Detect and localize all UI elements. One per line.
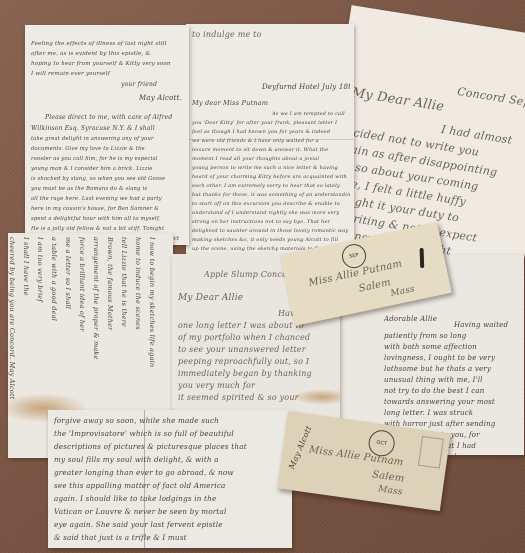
- letter-line: lothsome but he thats a very: [384, 365, 520, 373]
- letter-line: take great delight in answering any of y…: [31, 136, 185, 142]
- letter-line: you very much for: [178, 381, 336, 390]
- letter-line: I am too very brief: [36, 237, 44, 399]
- letter-line: we were old friends & I have only waited…: [192, 138, 350, 144]
- letter-line: eye again. She said your last fervent ep…: [54, 520, 288, 529]
- letter-line: cheered by being you are Concord. May Al…: [8, 237, 16, 399]
- letter-line: force a brilliant idea of her: [78, 237, 86, 399]
- letter-line: all the rage here. Last evening we had a…: [31, 196, 185, 202]
- stamp-outline: [418, 436, 444, 469]
- letter-dateline: Deyfurnd Hotel July 18th: [262, 83, 350, 91]
- letter-line: to start off on this excursion you descr…: [192, 201, 350, 207]
- letter-line: unusual thing with me, I'll: [384, 376, 520, 384]
- letter-line: documents. Give my love to Lizzie & the: [31, 146, 185, 152]
- letter-line: to indulge me to: [192, 30, 350, 39]
- letter-line: rooster as you call him, for he is my es…: [31, 156, 185, 162]
- letter-line: it seemed spirited & so your: [178, 393, 336, 402]
- letter-line: you 'Dear Kitty' for after your frank, p…: [192, 120, 350, 126]
- letter-line: I shall I have the: [22, 237, 30, 399]
- postmark-month: SEP: [349, 252, 359, 260]
- letter-line: descriptions of pictures & picturesque p…: [54, 442, 288, 451]
- letter-line: moment I read all your thoughts about a …: [192, 156, 350, 162]
- letter-line: understand of I understand rightly she w…: [192, 210, 350, 216]
- letter-closing: your friend: [121, 81, 185, 88]
- letter-line: me a letter so I shall: [64, 237, 72, 399]
- letter-line: delighted to saunter around in those lov…: [192, 228, 350, 234]
- letter-line: making sketches &c, it only needs young …: [192, 237, 350, 243]
- letter-line: spent a delightful hour with him all to …: [31, 216, 185, 222]
- envelope-state: Mass: [390, 284, 416, 299]
- letter-line: not try to do the best I can: [384, 387, 520, 395]
- letter-line: Feeling the effects of illness of last n…: [31, 41, 185, 47]
- letter-line: Brown, the famous Mother: [106, 237, 114, 399]
- letter-line: of my portfolio when I chanced: [178, 333, 336, 342]
- letter-line: a table with a good deal: [50, 237, 58, 399]
- letter-line: immediately began by thanking: [178, 369, 336, 378]
- letter-top-center: to indulge me to Deyfurnd Hotel July 18t…: [186, 24, 354, 254]
- letter-line: I now to begin my sketches life again: [148, 237, 156, 399]
- postmark-month: OCT: [376, 440, 387, 447]
- letter-line: here in my cousin's house, for Ben Sumne…: [31, 206, 185, 212]
- letter-line: young man & I consider him a brick. Lizz…: [31, 166, 185, 172]
- letter-line: Wilkinson Esq. Syracuse N.Y. & I shall: [31, 125, 185, 132]
- letter-line: with both some affection: [384, 343, 520, 351]
- envelope-city: Salem: [371, 469, 405, 484]
- letter-line: but thanks for these, it was something o…: [192, 192, 350, 198]
- letter-line: the 'Improvisatore' which is so full of …: [54, 429, 288, 438]
- letter-line: long letter. I was struck: [384, 409, 520, 417]
- letter-line: Vatican or Louvre & never be seen by mor…: [54, 507, 288, 516]
- letter-line: Having waited: [454, 321, 520, 329]
- envelope-state: Mass: [378, 484, 404, 497]
- letter-line: greater longing than ever to go abroad, …: [54, 468, 288, 477]
- letter-line: strong on her instructions not to say by…: [192, 219, 350, 225]
- letter-line: after me, as is evident by this epistle,…: [31, 51, 185, 57]
- letter-line: & said that just is a trifle & I must: [54, 533, 288, 542]
- letter-salutation: My dear Miss Putnam: [192, 99, 350, 107]
- letter-line: one long letter I was about to: [178, 321, 336, 330]
- letter-line: Please direct to me, with care of Alfred: [45, 114, 185, 121]
- letter-line: see this appalling matter of fact old Am…: [54, 481, 288, 490]
- letter-bottom: forgive away so soon, while she made suc…: [48, 410, 292, 548]
- letter-line: home to induce the scenes: [134, 237, 142, 399]
- letter-line: is shocked by slang, so when you see old…: [31, 176, 185, 182]
- letter-line: arrangement of the proper & make: [92, 237, 100, 399]
- letter-line: each other. I am extremely sorry to hear…: [192, 183, 350, 189]
- letter-line: you must be as the Romans do & slang is: [31, 186, 185, 192]
- letter-line: heard of your charming Kitty before are …: [192, 174, 350, 180]
- letter-signature: May Alcott.: [139, 94, 185, 102]
- letter-line: peeping reproachfully out, so I: [178, 357, 336, 366]
- envelope-city: Salem: [358, 277, 392, 295]
- letter-line: hoping to hear from yourself & Kitty ver…: [31, 61, 185, 67]
- ink-mark: [420, 248, 425, 268]
- letter-top-left: Feeling the effects of illness of last n…: [25, 25, 189, 245]
- letter-line: again. I should like to take lodgings in…: [54, 494, 288, 503]
- letter-line: As we I am tempted to call: [272, 111, 350, 117]
- letter-line: patiently from so long: [384, 332, 520, 340]
- letter-line: forgive away so soon, while she made suc…: [54, 416, 288, 425]
- letter-line: leisure moment to sit down & answer it. …: [192, 147, 350, 153]
- letter-line: towards answering your most: [384, 398, 520, 406]
- letter-line: my soul fills my soul with delight, & wi…: [54, 455, 288, 464]
- letter-line: to see your unanswered letter: [178, 345, 336, 354]
- letter-line: I will remain ever yourself: [31, 71, 185, 77]
- letter-line: feel as though I had known you for years…: [192, 129, 350, 135]
- letter-line: tell Lizzie that he is there: [120, 237, 128, 399]
- letter-line: He is a jolly old fellow & not a bit sti…: [31, 226, 185, 232]
- letter-line: lovingness, I ought to be very: [384, 354, 520, 362]
- letters-photograph: Concord Sept My Dear Allie I had almost …: [0, 0, 525, 553]
- letter-line: young person to write me such a nice let…: [192, 165, 350, 171]
